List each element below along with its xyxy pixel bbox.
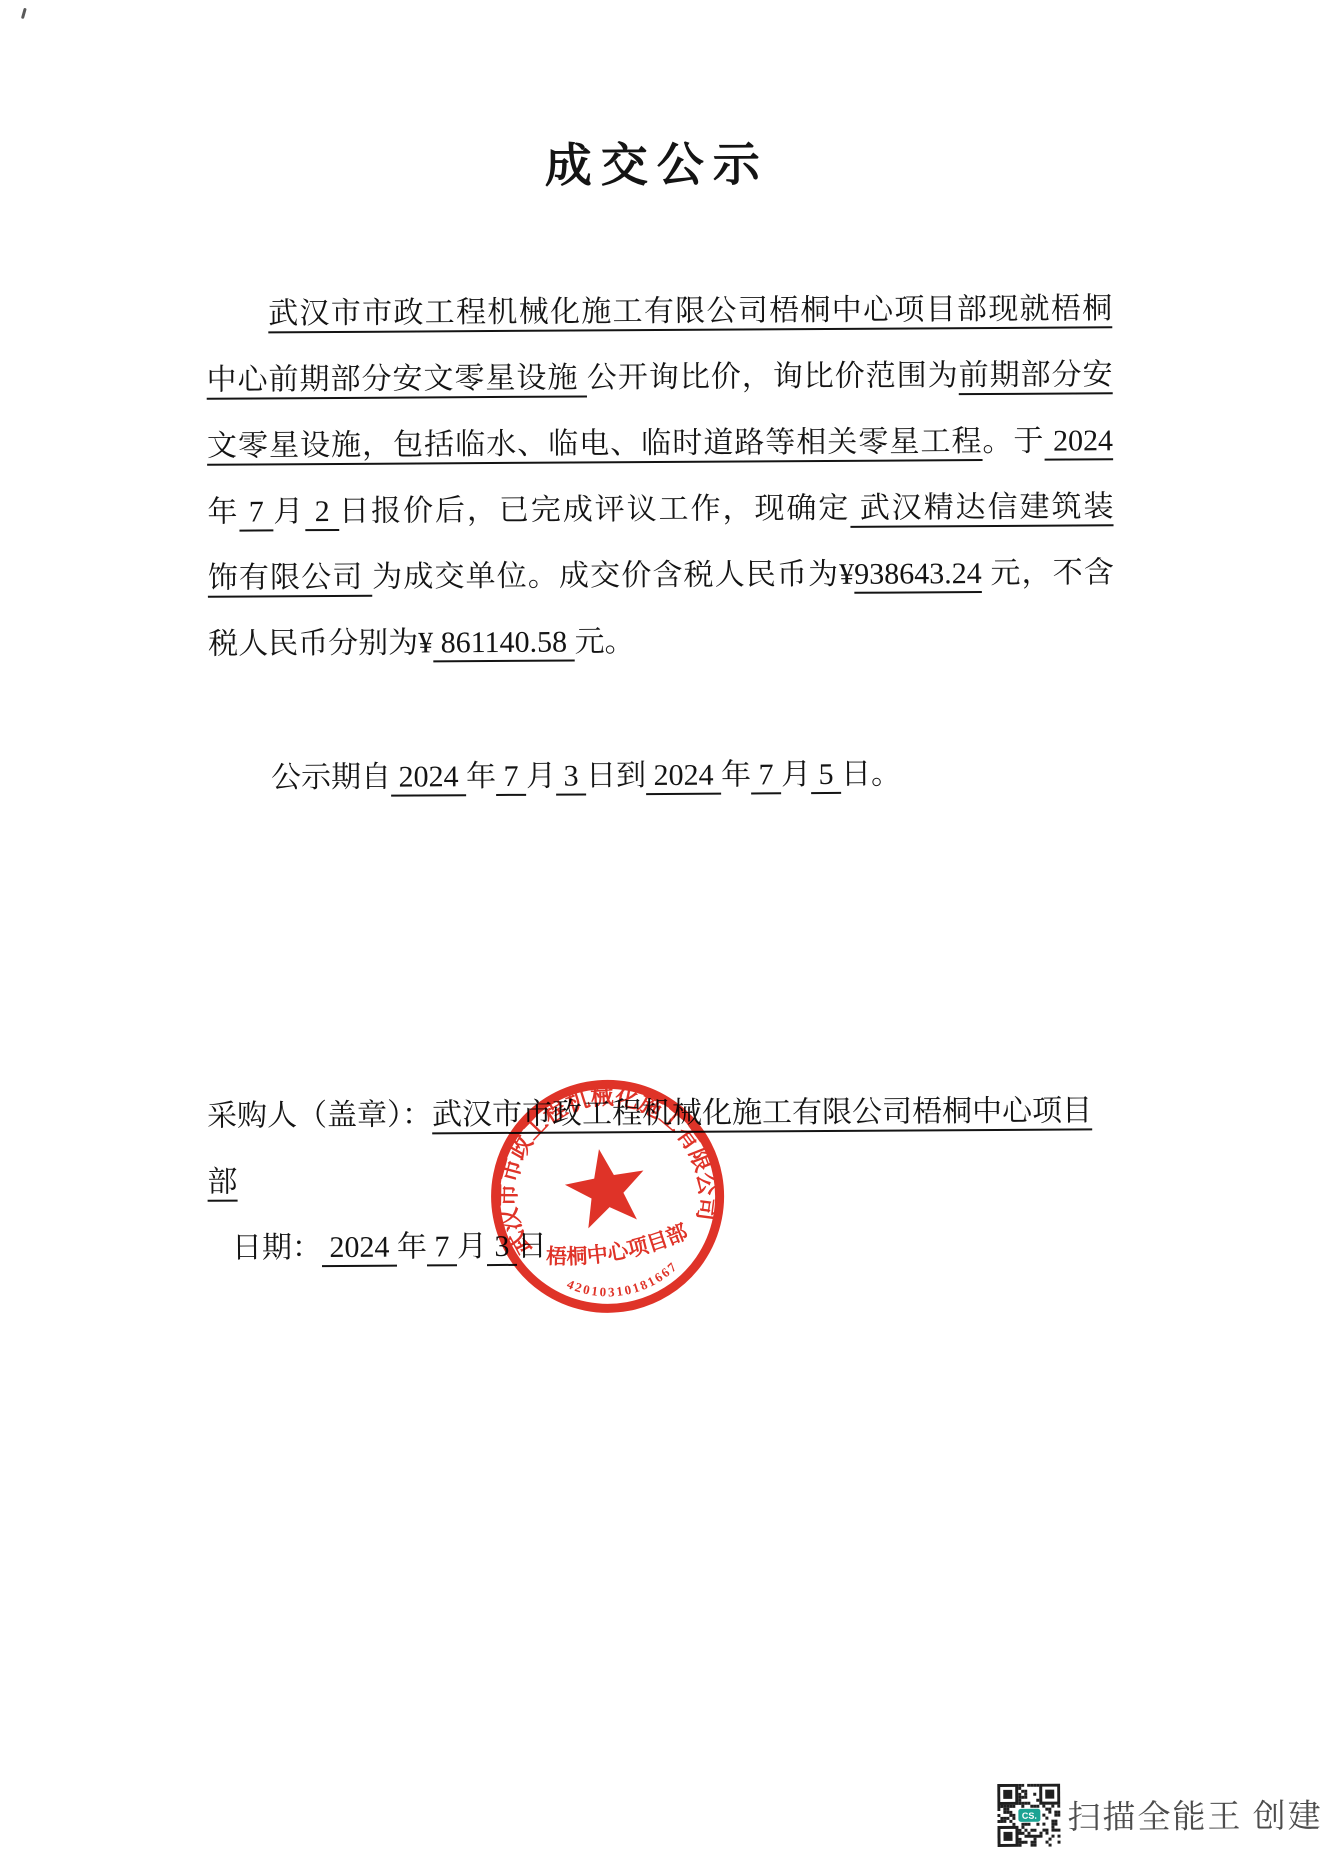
- text-segment: 861140.58: [433, 626, 575, 660]
- text-segment: 年: [207, 496, 239, 529]
- text-segment: 公开询比价，询比价范围为: [587, 359, 959, 394]
- text-segment: 日。: [841, 758, 901, 791]
- star-icon: [560, 1142, 652, 1231]
- text-segment: 2024: [322, 1231, 397, 1264]
- body-line: 武汉市市政工程机械化施工有限公司梧桐中心项目部现就梧桐: [206, 276, 1112, 348]
- text-segment: 2: [305, 495, 339, 528]
- document-page: 成交公示 武汉市市政工程机械化施工有限公司梧桐中心项目部现就梧桐 中心前期部分安…: [0, 0, 1322, 1871]
- text-segment: 5: [811, 758, 841, 791]
- text-segment: 元，不含: [982, 556, 1114, 590]
- page-title: 成交公示: [205, 125, 1108, 198]
- body-line: 税人民币分别为¥ 861140.58 元。: [208, 606, 1114, 678]
- text-segment: 元。: [574, 625, 634, 658]
- text-segment: 采购人（盖章）：: [207, 1098, 432, 1132]
- official-seal: 武汉市市政工程机械化施工有限公司 梧桐中心项目部 42010310181667: [468, 1057, 747, 1336]
- text-segment: 年: [466, 760, 496, 793]
- text-segment: 2024: [646, 759, 721, 792]
- text-segment: 武汉精达信建筑装: [850, 490, 1113, 525]
- scan-artifact: [21, 8, 27, 19]
- body-line: 公示期自 2024 年 7 月 3 日到 2024 年 7 月 5 日。: [209, 740, 1115, 812]
- publicity-period-paragraph: 公示期自 2024 年 7 月 3 日到 2024 年 7 月 5 日。: [209, 740, 1115, 812]
- text-segment: 2024: [391, 760, 466, 793]
- text-segment: 文零星设施，包括临水、临电、临时道路等相关零星工程: [207, 425, 983, 463]
- text-segment: 为成交单位。成交价含税人民币为¥: [372, 558, 854, 594]
- text-segment: 日报价后，已完成评议工作，现确定: [339, 492, 850, 528]
- text-segment: 月: [273, 495, 305, 528]
- text-segment: 7: [496, 760, 526, 793]
- text-segment: 税人民币分别为¥: [208, 626, 433, 660]
- text-segment: 日期：: [232, 1231, 322, 1265]
- body-line: 饰有限公司 为成交单位。成交价含税人民币为¥938643.24 元，不含: [208, 540, 1114, 612]
- text-segment: 。于: [982, 425, 1044, 458]
- text-segment: 年: [397, 1230, 427, 1263]
- text-segment: 月: [526, 760, 556, 793]
- qr-logo: CS.: [1022, 1811, 1037, 1821]
- qr-code: CS.: [997, 1784, 1060, 1847]
- body-line: 文零星设施，包括临水、临电、临时道路等相关零星工程。于 2024: [207, 408, 1113, 480]
- body-line: 年 7 月 2 日报价后，已完成评议工作，现确定 武汉精达信建筑装: [207, 474, 1113, 546]
- text-segment: 中心前期部分安文零星设施: [206, 361, 586, 396]
- text-segment: 月: [457, 1230, 487, 1263]
- main-paragraph: 武汉市市政工程机械化施工有限公司梧桐中心项目部现就梧桐 中心前期部分安文零星设施…: [206, 276, 1114, 678]
- text-segment: 3: [556, 759, 586, 792]
- text-segment: 7: [239, 495, 273, 528]
- text-segment: 武汉市市政工程机械化施工有限公司梧桐中心项目部现就梧桐: [268, 292, 1112, 330]
- text-segment: 7: [751, 758, 781, 791]
- text-segment: 月: [781, 758, 811, 791]
- text-segment: 日到: [586, 759, 646, 792]
- text-segment: 年: [721, 758, 751, 791]
- text-segment: 7: [427, 1230, 457, 1263]
- text-segment: 938643.24: [854, 557, 982, 591]
- text-segment: 2024: [1044, 424, 1113, 457]
- scanner-credit: 扫描全能王 创建: [1067, 1790, 1322, 1839]
- body-line: 中心前期部分安文零星设施 公开询比价，询比价范围为前期部分安: [206, 342, 1112, 414]
- text-segment: 部: [207, 1166, 237, 1199]
- text-segment: 饰有限公司: [208, 561, 373, 595]
- text-segment: 前期部分安: [959, 358, 1113, 392]
- text-segment: 公示期自: [271, 761, 391, 795]
